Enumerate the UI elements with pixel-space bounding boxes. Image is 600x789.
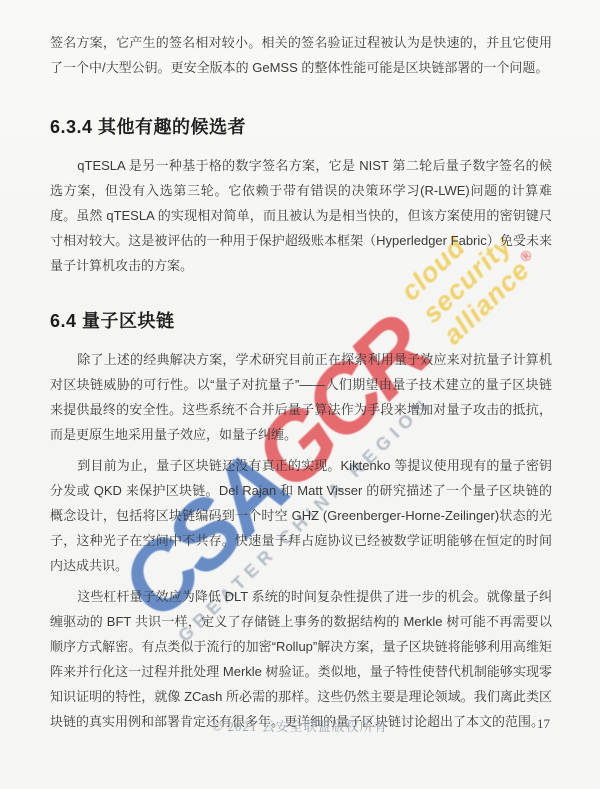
page-footer: © 2021 云安全联盟版权所有 17 <box>0 716 600 742</box>
document-page: CSA GCR cloud security alliance® GREATER… <box>0 0 600 789</box>
section-heading-6-3-4: 6.3.4 其他有趣的候选者 <box>50 113 552 139</box>
paragraph-qtesla: qTESLA 是另一种基于格的数字签名方案，它是 NIST 第二轮后量子数字签名… <box>50 153 552 278</box>
paragraph-quantum-blockchain-outlook: 这些杠杆量子效应为降低 DLT 系统的时间复杂性提供了进一步的机会。就像量子纠缠… <box>50 584 552 734</box>
page-number: 17 <box>537 716 550 732</box>
paragraph-quantum-blockchain-intro: 除了上述的经典解决方案，学术研究目前正在探索利用量子效应来对抗量子计算机对区块链… <box>50 347 552 447</box>
paragraph-quantum-blockchain-implementations: 到目前为止，量子区块链还没有真正的实现。Kiktenko 等提议使用现有的量子密… <box>50 453 552 578</box>
paragraph-continuation: 签名方案，它产生的签名相对较小。相关的签名验证过程被认为是快速的，并且它使用了一… <box>50 30 552 80</box>
footer-copyright: © 2021 云安全联盟版权所有 <box>0 716 600 735</box>
document-content: 签名方案，它产生的签名相对较小。相关的签名验证过程被认为是快速的，并且它使用了一… <box>0 0 600 734</box>
section-heading-6-4: 6.4 量子区块链 <box>50 307 552 333</box>
